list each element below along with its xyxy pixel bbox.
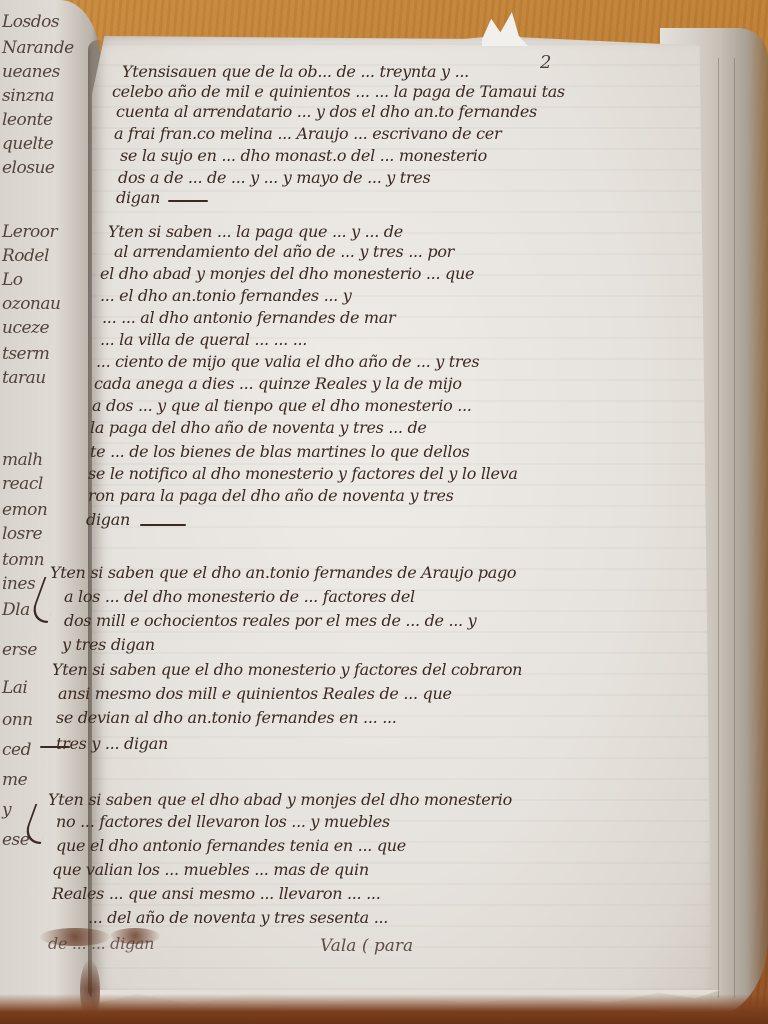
page-edge-line bbox=[734, 58, 735, 998]
manuscript-line: cada anega a dies ... quinze Reales y la… bbox=[94, 374, 462, 393]
facing-line: sinzna bbox=[2, 86, 54, 106]
page-edge-line bbox=[718, 58, 719, 998]
manuscript-line: dos a de ... de ... y ... y mayo de ... … bbox=[118, 168, 430, 187]
manuscript-line: a los ... del dho monesterio de ... fact… bbox=[64, 587, 415, 606]
ink-stain bbox=[110, 928, 160, 944]
manuscript-line: Yten si saben que el dho monesterio y fa… bbox=[52, 660, 522, 679]
facing-line: tarau bbox=[2, 368, 46, 388]
facing-line: Lo bbox=[2, 270, 23, 290]
manuscript-line: te ... de los bienes de blas martines lo… bbox=[90, 442, 469, 461]
facing-line: Lai bbox=[2, 678, 27, 698]
manuscript-line: el dho abad y monjes del dho monesterio … bbox=[100, 264, 474, 283]
facing-line: onn bbox=[2, 710, 33, 730]
manuscript-line: a frai fran.co melina ... Araujo ... esc… bbox=[114, 124, 501, 143]
facing-line: elosue bbox=[2, 158, 54, 178]
manuscript-line: que el dho antonio fernandes tenia en ..… bbox=[56, 836, 406, 855]
facing-line: losre bbox=[2, 524, 42, 544]
manuscript-line: y tres digan bbox=[62, 635, 155, 654]
manuscript-line: no ... factores del llevaron los ... y m… bbox=[56, 812, 390, 831]
manuscript-line: ... el dho an.tonio fernandes ... y bbox=[100, 286, 352, 305]
manuscript-line: digan bbox=[116, 188, 160, 207]
facing-line: quelte bbox=[2, 134, 53, 154]
facing-line: ese bbox=[2, 830, 29, 850]
line-flourish bbox=[140, 524, 186, 526]
facing-line: me bbox=[2, 770, 27, 790]
facing-line: ced bbox=[2, 740, 31, 760]
line-flourish bbox=[168, 200, 208, 202]
manuscript-line: celebo año de mil e quinientos ... ... l… bbox=[112, 82, 565, 101]
manuscript-line: ... ciento de mijo que valia el dho año … bbox=[96, 352, 479, 371]
manuscript-line: Yten si saben que el dho an.tonio fernan… bbox=[50, 563, 516, 582]
manuscript-line: Yten si saben que el dho abad y monjes d… bbox=[48, 790, 512, 809]
manuscript-line: ron para la paga del dho año de noventa … bbox=[88, 486, 454, 505]
facing-line: malh bbox=[2, 450, 43, 470]
facing-line: leonte bbox=[2, 110, 53, 130]
facing-line: emon bbox=[2, 500, 47, 520]
manuscript-line: digan bbox=[86, 510, 130, 529]
facing-line: ueanes bbox=[2, 62, 60, 82]
ink-stain bbox=[40, 928, 110, 946]
manuscript-line: al arrendamiento del año de ... y tres .… bbox=[114, 242, 454, 261]
manuscript-line: ... ... al dho antonio fernandes de mar bbox=[102, 308, 395, 327]
facing-line: ines bbox=[2, 574, 35, 594]
facing-line: ozonau bbox=[2, 294, 60, 314]
manuscript-line: ... la villa de queral ... ... ... bbox=[100, 330, 307, 349]
facing-line: Losdos bbox=[2, 12, 59, 32]
facing-line: tomn bbox=[2, 550, 44, 570]
facing-line: reacl bbox=[2, 474, 43, 494]
water-damage-stain bbox=[0, 994, 768, 1024]
facing-line: erse bbox=[2, 640, 37, 660]
manuscript-line: ... del año de noventa y tres sesenta ..… bbox=[88, 908, 388, 927]
facing-line: Leroor bbox=[2, 222, 57, 242]
manuscript-line: ansi mesmo dos mill e quinientos Reales … bbox=[58, 684, 452, 703]
manuscript-line: cuenta al arrendatario ... y dos el dho … bbox=[116, 102, 537, 121]
manuscript-line: Ytensisauen que de la ob... de ... treyn… bbox=[122, 62, 469, 81]
manuscript-line: se la sujo en ... dho monast.o del ... m… bbox=[120, 146, 487, 165]
margin-annotation: Vala ( para bbox=[320, 936, 413, 956]
manuscript-line: Yten si saben ... la paga que ... y ... … bbox=[108, 222, 403, 241]
folio-number: 2 bbox=[540, 52, 551, 73]
manuscript-line: la paga del dho año de noventa y tres ..… bbox=[90, 418, 427, 437]
manuscript-line: tres y ... digan bbox=[56, 734, 168, 753]
facing-line: Dla bbox=[2, 600, 30, 620]
facing-line: Narande bbox=[2, 38, 74, 58]
manuscript-line: se le notifico al dho monesterio y facto… bbox=[88, 464, 518, 483]
line-flourish bbox=[40, 746, 70, 748]
facing-line: tserm bbox=[2, 344, 49, 364]
manuscript-line: a dos ... y que al tienpo que el dho mon… bbox=[92, 396, 472, 415]
facing-line: uceze bbox=[2, 318, 49, 338]
facing-line: Rodel bbox=[2, 246, 49, 266]
manuscript-line: dos mill e ochocientos reales por el mes… bbox=[64, 611, 476, 630]
manuscript-line: Reales ... que ansi mesmo ... llevaron .… bbox=[52, 884, 380, 903]
facing-line: y bbox=[2, 800, 11, 820]
manuscript-line: se devian al dho an.tonio fernandes en .… bbox=[56, 708, 397, 727]
manuscript-line: que valian los ... muebles ... mas de qu… bbox=[52, 860, 369, 879]
